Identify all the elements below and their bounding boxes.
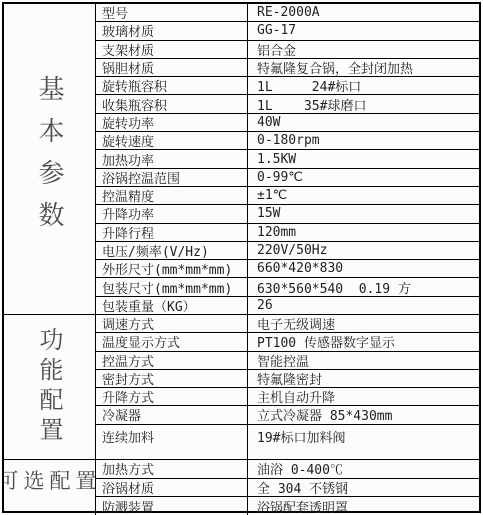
section-title: 可选配置	[4, 465, 102, 495]
spec-value: 19#标口加料阀	[248, 425, 479, 460]
table-row: 密封方式特氟隆密封	[96, 369, 479, 387]
section-2: 可选配置加热方式油浴 0-400℃浴锅材质全 304 不锈钢防溅装置浴锅配套透明…	[4, 459, 479, 515]
table-row: 电压/频率(V/Hz)220V/50Hz	[96, 241, 479, 259]
table-row: 锅胆材质特氟隆复合锅，全封闭加热	[96, 58, 479, 76]
spec-value: 0-180rpm	[248, 132, 479, 149]
spec-value: 特氟隆密封	[248, 370, 479, 387]
spec-value: RE-2000A	[248, 4, 479, 21]
table-row: 连续加料19#标口加料阀	[96, 424, 479, 460]
spec-value: 1L 24#标口	[248, 77, 479, 94]
spec-value: 浴锅配套透明罩	[248, 497, 479, 515]
spec-label: 支架材质	[96, 41, 248, 58]
table-row: 玻璃材质GG-17	[96, 21, 479, 39]
spec-label: 加热方式	[96, 460, 248, 478]
spec-label: 密封方式	[96, 370, 248, 387]
spec-label: 调速方式	[96, 315, 248, 332]
table-row: 支架材质铝合金	[96, 40, 479, 58]
table-row: 升降功率15W	[96, 204, 479, 222]
spec-label: 外形尺寸(mm*mm*mm)	[96, 260, 248, 277]
spec-label: 锅胆材质	[96, 59, 248, 76]
spec-value: 120mm	[248, 224, 479, 241]
section-rows: 型号RE-2000A玻璃材质GG-17支架材质铝合金锅胆材质特氟隆复合锅，全封闭…	[96, 4, 479, 314]
spec-value: 电子无级调速	[248, 315, 479, 332]
section-title: 功能配置	[32, 327, 67, 447]
table-row: 浴锅控温范围0-99℃	[96, 168, 479, 186]
spec-value: ±1℃	[248, 187, 479, 204]
spec-value: 油浴 0-400℃	[248, 460, 479, 478]
table-row: 调速方式电子无级调速	[96, 315, 479, 332]
section-title-cell: 可选配置	[4, 460, 96, 515]
spec-value: 630*560*540 0.19 方	[248, 278, 479, 295]
spec-label: 控温方式	[96, 352, 248, 369]
table-row: 旋转速度0-180rpm	[96, 131, 479, 149]
spec-label: 加热功率	[96, 150, 248, 167]
spec-value: 全 304 不锈钢	[248, 479, 479, 497]
section-title: 基本参数	[31, 75, 68, 243]
spec-label: 旋转速度	[96, 132, 248, 149]
table-row: 加热功率1.5KW	[96, 149, 479, 167]
table-row: 升降行程120mm	[96, 223, 479, 241]
section-title-cell: 基本参数	[4, 4, 96, 314]
spec-label: 浴锅控温范围	[96, 169, 248, 186]
spec-value: 26	[248, 297, 479, 314]
spec-label: 温度显示方式	[96, 333, 248, 350]
spec-value: 1.5KW	[248, 150, 479, 167]
spec-label: 收集瓶容积	[96, 95, 248, 112]
spec-value: 特氟隆复合锅，全封闭加热	[248, 59, 479, 76]
spec-label: 控温精度	[96, 187, 248, 204]
spec-value: 立式冷凝器 85*430mm	[248, 406, 479, 423]
spec-value: 主机自动升降	[248, 388, 479, 405]
spec-label: 旋转瓶容积	[96, 77, 248, 94]
table-row: 收集瓶容积1L 35#球磨口	[96, 94, 479, 112]
spec-label: 升降方式	[96, 388, 248, 405]
spec-value: 1L 35#球磨口	[248, 95, 479, 112]
table-row: 加热方式油浴 0-400℃	[96, 460, 479, 478]
spec-label: 防溅装置	[96, 497, 248, 515]
spec-label: 冷凝器	[96, 406, 248, 423]
spec-label: 浴锅材质	[96, 479, 248, 497]
spec-value: PT100 传感器数字显示	[248, 333, 479, 350]
spec-value: 660*420*830	[248, 260, 479, 277]
section-1: 功能配置调速方式电子无级调速温度显示方式PT100 传感器数字显示控温方式智能控…	[4, 314, 479, 459]
section-rows: 加热方式油浴 0-400℃浴锅材质全 304 不锈钢防溅装置浴锅配套透明罩	[96, 460, 479, 515]
spec-label: 连续加料	[96, 425, 248, 460]
table-row: 温度显示方式PT100 传感器数字显示	[96, 332, 479, 350]
table-row: 型号RE-2000A	[96, 4, 479, 21]
table-row: 旋转功率40W	[96, 113, 479, 131]
section-rows: 调速方式电子无级调速温度显示方式PT100 传感器数字显示控温方式智能控温密封方…	[96, 315, 479, 459]
table-row: 升降方式主机自动升降	[96, 387, 479, 405]
table-row: 控温精度±1℃	[96, 186, 479, 204]
table-row: 控温方式智能控温	[96, 351, 479, 369]
spec-label: 型号	[96, 4, 248, 21]
spec-label: 旋转功率	[96, 114, 248, 131]
table-row: 外形尺寸(mm*mm*mm)660*420*830	[96, 259, 479, 277]
table-row: 旋转瓶容积1L 24#标口	[96, 76, 479, 94]
table-row: 包装重量（KG）26	[96, 296, 479, 314]
spec-label: 电压/频率(V/Hz)	[96, 242, 248, 259]
table-row: 浴锅材质全 304 不锈钢	[96, 478, 479, 497]
spec-value: 铝合金	[248, 41, 479, 58]
spec-value: 0-99℃	[248, 169, 479, 186]
section-title-cell: 功能配置	[4, 315, 96, 459]
spec-label: 升降行程	[96, 224, 248, 241]
spec-table: 基本参数型号RE-2000A玻璃材质GG-17支架材质铝合金锅胆材质特氟隆复合锅…	[2, 2, 481, 513]
spec-value: 15W	[248, 205, 479, 222]
spec-label: 包装重量（KG）	[96, 297, 248, 314]
spec-value: GG-17	[248, 22, 479, 39]
spec-label: 升降功率	[96, 205, 248, 222]
spec-value: 40W	[248, 114, 479, 131]
spec-value: 智能控温	[248, 352, 479, 369]
spec-label: 玻璃材质	[96, 22, 248, 39]
spec-label: 包装尺寸(mm*mm*mm)	[96, 278, 248, 295]
table-row: 防溅装置浴锅配套透明罩	[96, 496, 479, 515]
spec-value: 220V/50Hz	[248, 242, 479, 259]
table-row: 冷凝器立式冷凝器 85*430mm	[96, 405, 479, 423]
table-row: 包装尺寸(mm*mm*mm)630*560*540 0.19 方	[96, 277, 479, 295]
section-0: 基本参数型号RE-2000A玻璃材质GG-17支架材质铝合金锅胆材质特氟隆复合锅…	[4, 4, 479, 314]
